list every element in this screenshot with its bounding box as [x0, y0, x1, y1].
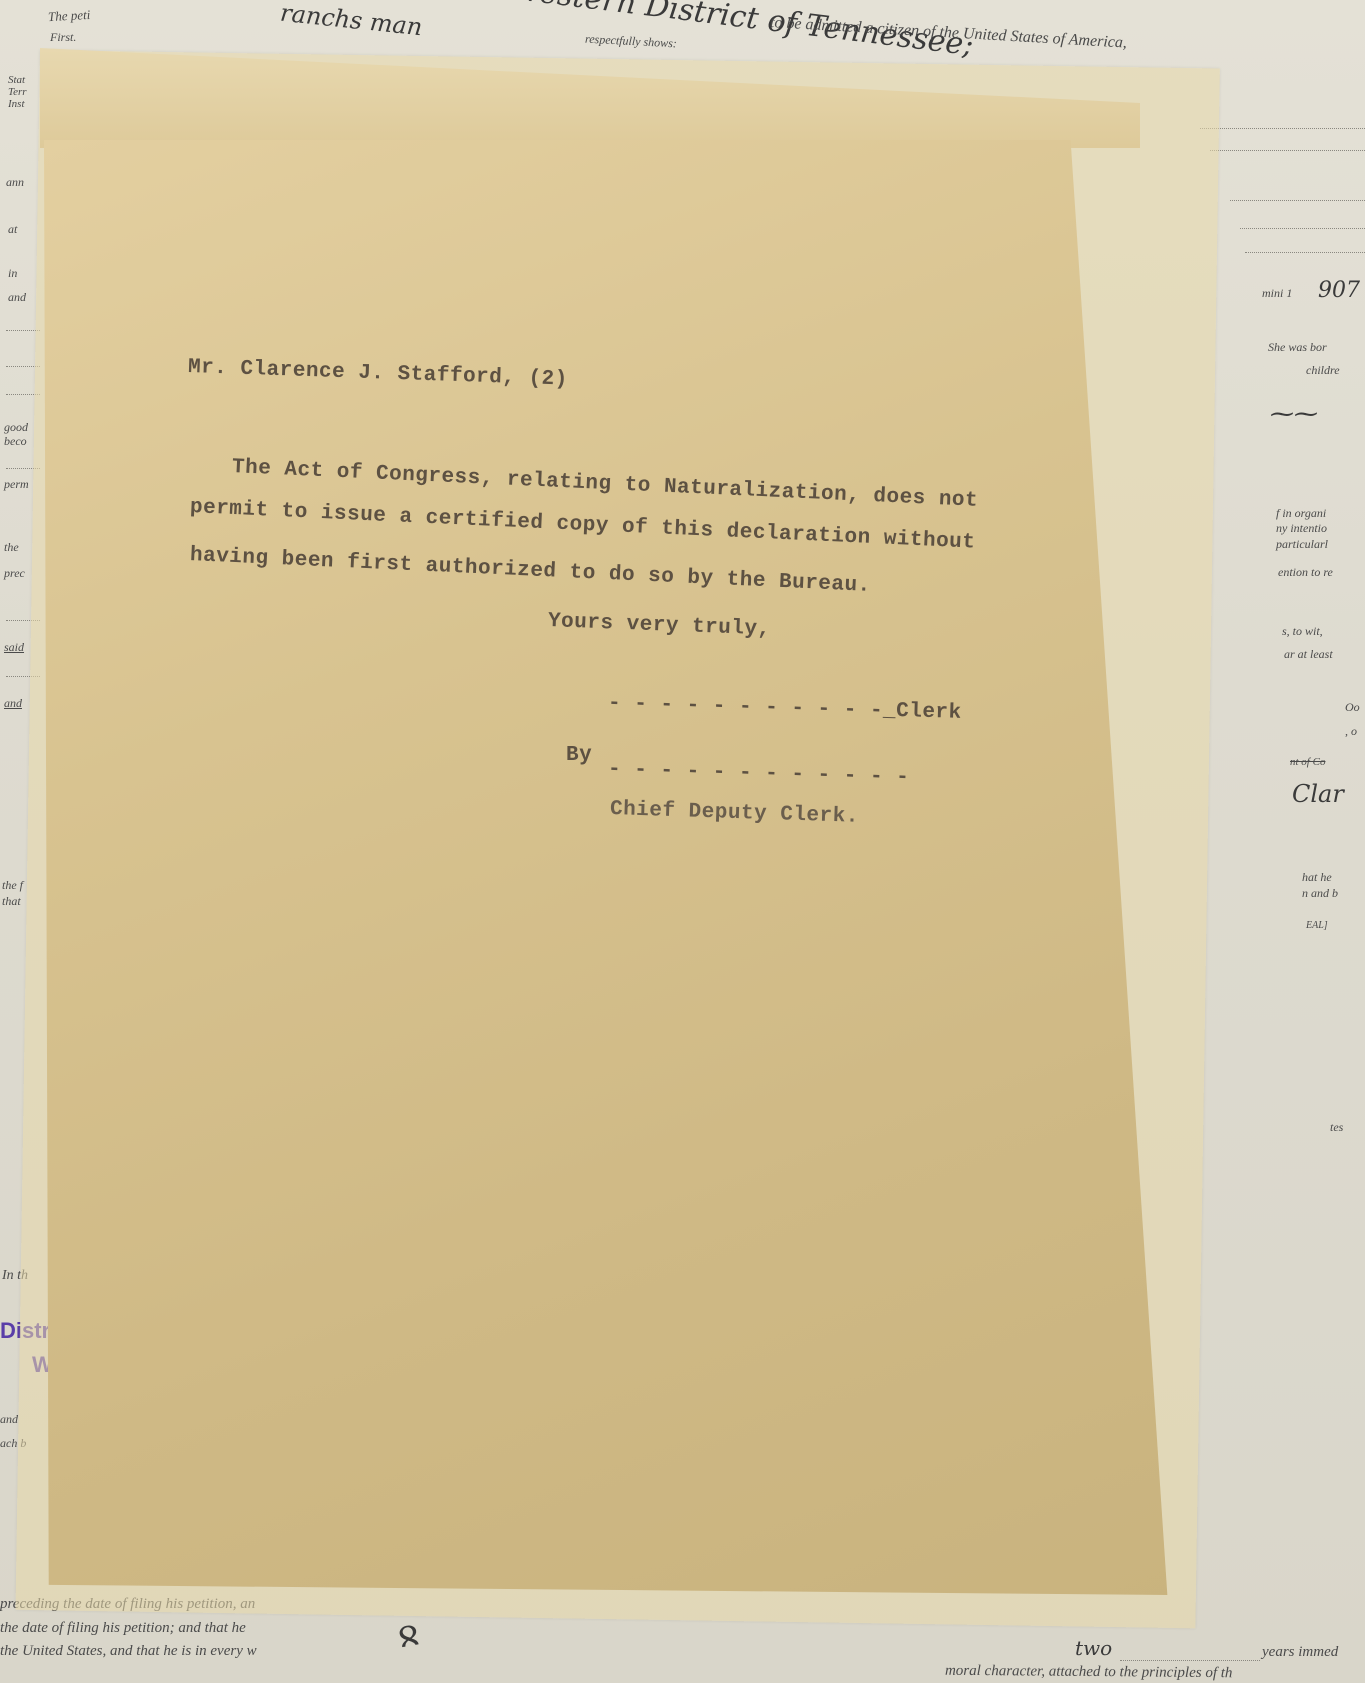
form-handwritten-name: Clar	[1292, 780, 1344, 808]
form-fragment: prec	[4, 566, 25, 581]
form-fragment: mini 1	[1262, 286, 1292, 301]
form-fragment: ny intentio	[1276, 521, 1327, 536]
form-fragment: Oo	[1345, 700, 1360, 715]
form-fragment: and	[0, 1412, 18, 1427]
form-fragment: ention to re	[1278, 565, 1333, 580]
form-fragment: and	[4, 696, 22, 711]
form-handwritten-year: 907	[1318, 278, 1360, 303]
form-bottom-line: the United States, and that he is in eve…	[0, 1643, 257, 1660]
form-fragment: particularl	[1276, 537, 1328, 552]
form-fragment: Inst	[8, 98, 25, 110]
form-bottom-line: moral character, attached to the princip…	[945, 1663, 1233, 1683]
form-fragment: childre	[1306, 363, 1340, 378]
form-fragment: perm	[4, 477, 29, 492]
form-fragment: s, to wit,	[1282, 624, 1323, 639]
form-second-line-prefix: First.	[50, 30, 76, 45]
form-fragment: , o	[1345, 724, 1357, 739]
form-fragment: that	[2, 894, 21, 909]
form-bottom-line: years immed	[1262, 1644, 1338, 1661]
form-fragment: Stat	[8, 74, 25, 86]
form-fragment: in	[8, 266, 17, 281]
form-fragment: the	[4, 540, 19, 555]
form-handwritten-occupation: ranchs man	[279, 0, 424, 41]
form-header-prefix: The peti	[48, 7, 91, 25]
form-handwritten-years: two	[1075, 1636, 1112, 1660]
form-handwriting-scribble: ⁓⁓	[1270, 400, 1318, 428]
form-fragment: and	[8, 290, 26, 305]
form-bottom-line: the date of filing his petition; and tha…	[0, 1620, 246, 1637]
form-fragment: f in organi	[1276, 506, 1326, 521]
form-fragment: EAL]	[1306, 920, 1328, 931]
form-fragment: She was bor	[1268, 340, 1327, 355]
by-label: By	[566, 744, 592, 767]
form-fragment: said	[4, 640, 24, 655]
form-fragment: tes	[1330, 1120, 1343, 1135]
form-fragment: hat he	[1302, 870, 1332, 885]
form-fragment: beco	[4, 434, 27, 449]
form-fragment: ar at least	[1284, 647, 1333, 662]
form-fragment: nt of Co	[1290, 756, 1325, 768]
form-fragment: good	[4, 420, 28, 435]
form-handwriting-flourish: ∝	[382, 1616, 437, 1654]
form-fragment: n and b	[1302, 886, 1338, 901]
form-respectfully-shows: respectfully shows:	[585, 32, 678, 52]
form-fragment: at	[8, 222, 17, 237]
form-fragment: ann	[6, 175, 24, 190]
form-fragment: the f	[2, 878, 23, 893]
form-fragment: Terr	[8, 86, 27, 98]
